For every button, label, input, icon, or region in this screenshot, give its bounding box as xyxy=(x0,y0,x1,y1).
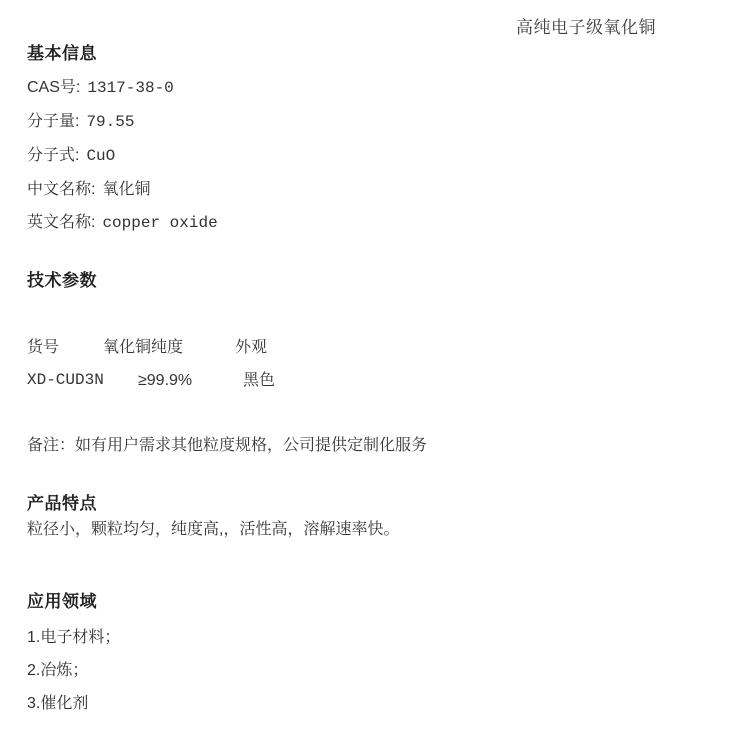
table-cell-item-number: XD-CUD3N xyxy=(27,364,104,397)
application-item-smelting: 2.冶炼； xyxy=(27,654,120,687)
molecular-weight-value: 79.55 xyxy=(86,113,134,131)
molecular-weight-label: 分子量: xyxy=(27,113,79,130)
application-item-electronic-materials: 1.电子材料； xyxy=(27,621,120,654)
applications-heading: 应用领域 xyxy=(27,592,97,612)
page-title: 高纯电子级氧化铜 xyxy=(516,13,656,38)
tech-params-table: 货号 氧化铜纯度 外观 XD-CUD3N ≥99.9% 黑色 xyxy=(27,331,447,397)
basic-info-row-cas: CAS号:1317-38-0 xyxy=(27,71,218,105)
cas-value: 1317-38-0 xyxy=(87,79,173,97)
product-features-heading: 产品特点 xyxy=(27,494,97,514)
product-features-text: 粒径小，颗粒均匀，纯度高,，活性高，溶解速率快。 xyxy=(27,513,399,546)
formula-label: 分子式: xyxy=(27,147,79,164)
chinese-name-value: 氧化铜 xyxy=(102,181,150,198)
table-header-item-number: 货号 xyxy=(27,331,59,364)
table-header-purity: 氧化铜纯度 xyxy=(103,331,183,364)
remark-note: 备注：如有用户需求其他粒度规格，公司提供定制化服务 xyxy=(27,429,427,462)
basic-info-row-english-name: 英文名称:copper oxide xyxy=(27,206,218,240)
table-cell-appearance: 黑色 xyxy=(243,364,275,397)
english-name-value: copper oxide xyxy=(102,214,217,232)
cas-label: CAS号: xyxy=(27,79,80,96)
english-name-label: 英文名称: xyxy=(27,214,95,231)
applications-list: 1.电子材料； 2.冶炼； 3.催化剂 xyxy=(27,621,120,720)
basic-info-list: CAS号:1317-38-0 分子量:79.55 分子式:CuO 中文名称:氧化… xyxy=(27,71,218,240)
tech-params-heading: 技术参数 xyxy=(27,271,97,291)
basic-info-row-formula: 分子式:CuO xyxy=(27,139,218,173)
table-header-appearance: 外观 xyxy=(235,331,267,364)
application-item-catalyst: 3.催化剂 xyxy=(27,687,120,720)
product-info-page: 高纯电子级氧化铜 基本信息 CAS号:1317-38-0 分子量:79.55 分… xyxy=(0,0,750,750)
table-cell-purity: ≥99.9% xyxy=(138,364,192,397)
chinese-name-label: 中文名称: xyxy=(27,181,95,198)
basic-info-heading: 基本信息 xyxy=(27,44,97,64)
basic-info-row-molecular-weight: 分子量:79.55 xyxy=(27,105,218,139)
basic-info-row-chinese-name: 中文名称:氧化铜 xyxy=(27,173,218,206)
formula-value: CuO xyxy=(86,147,115,165)
